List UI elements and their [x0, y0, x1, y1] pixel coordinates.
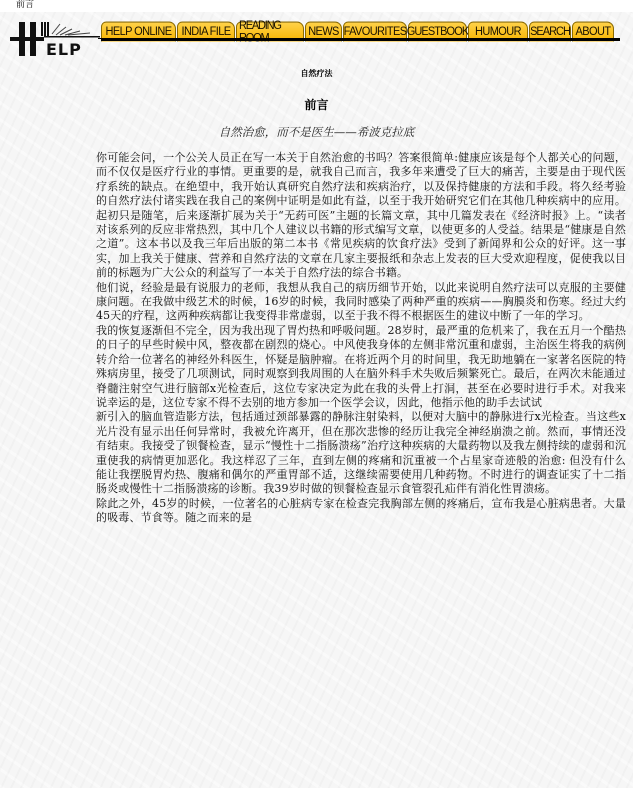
article-body: 你可能会问，一个公关人员正在写一本关于自然治愈的书吗？答案很简单:健康应该是每个… — [96, 151, 626, 526]
window-title-bar: 前言 — [0, 0, 633, 12]
paragraph: 你可能会问，一个公关人员正在写一本关于自然治愈的书吗？答案很简单:健康应该是每个… — [96, 151, 626, 281]
nav-divider — [101, 38, 620, 41]
page-heading: 前言 — [0, 96, 633, 113]
paragraph: 我的恢复逐渐但不完全，因为我出现了胃灼热和呼吸问题。28岁时，最严重的危机来了，… — [96, 324, 626, 410]
svg-text:ELP: ELP — [46, 40, 82, 58]
paragraph: 他们说，经验是最有说服力的老师，我想从我自己的病历细节开始，以此来说明自然疗法可… — [96, 281, 626, 324]
paragraph: 除此之外，45岁的时候，一位著名的心脏病专家在检查完我胸部左侧的疼痛后，宣布我是… — [96, 497, 626, 526]
section-title: 自然疗法 — [0, 68, 633, 79]
help-logo-icon: ELP — [10, 18, 100, 58]
help-logo[interactable]: ELP — [10, 18, 100, 58]
window-title: 前言 — [16, 0, 34, 11]
epigraph-quote: 自然治愈，而不是医生——希波克拉底 — [0, 124, 633, 140]
paragraph: 新引入的脑血管造影方法，包括通过颈部暴露的静脉注射染料，以便对大脑中的静脉进行x… — [96, 410, 626, 496]
